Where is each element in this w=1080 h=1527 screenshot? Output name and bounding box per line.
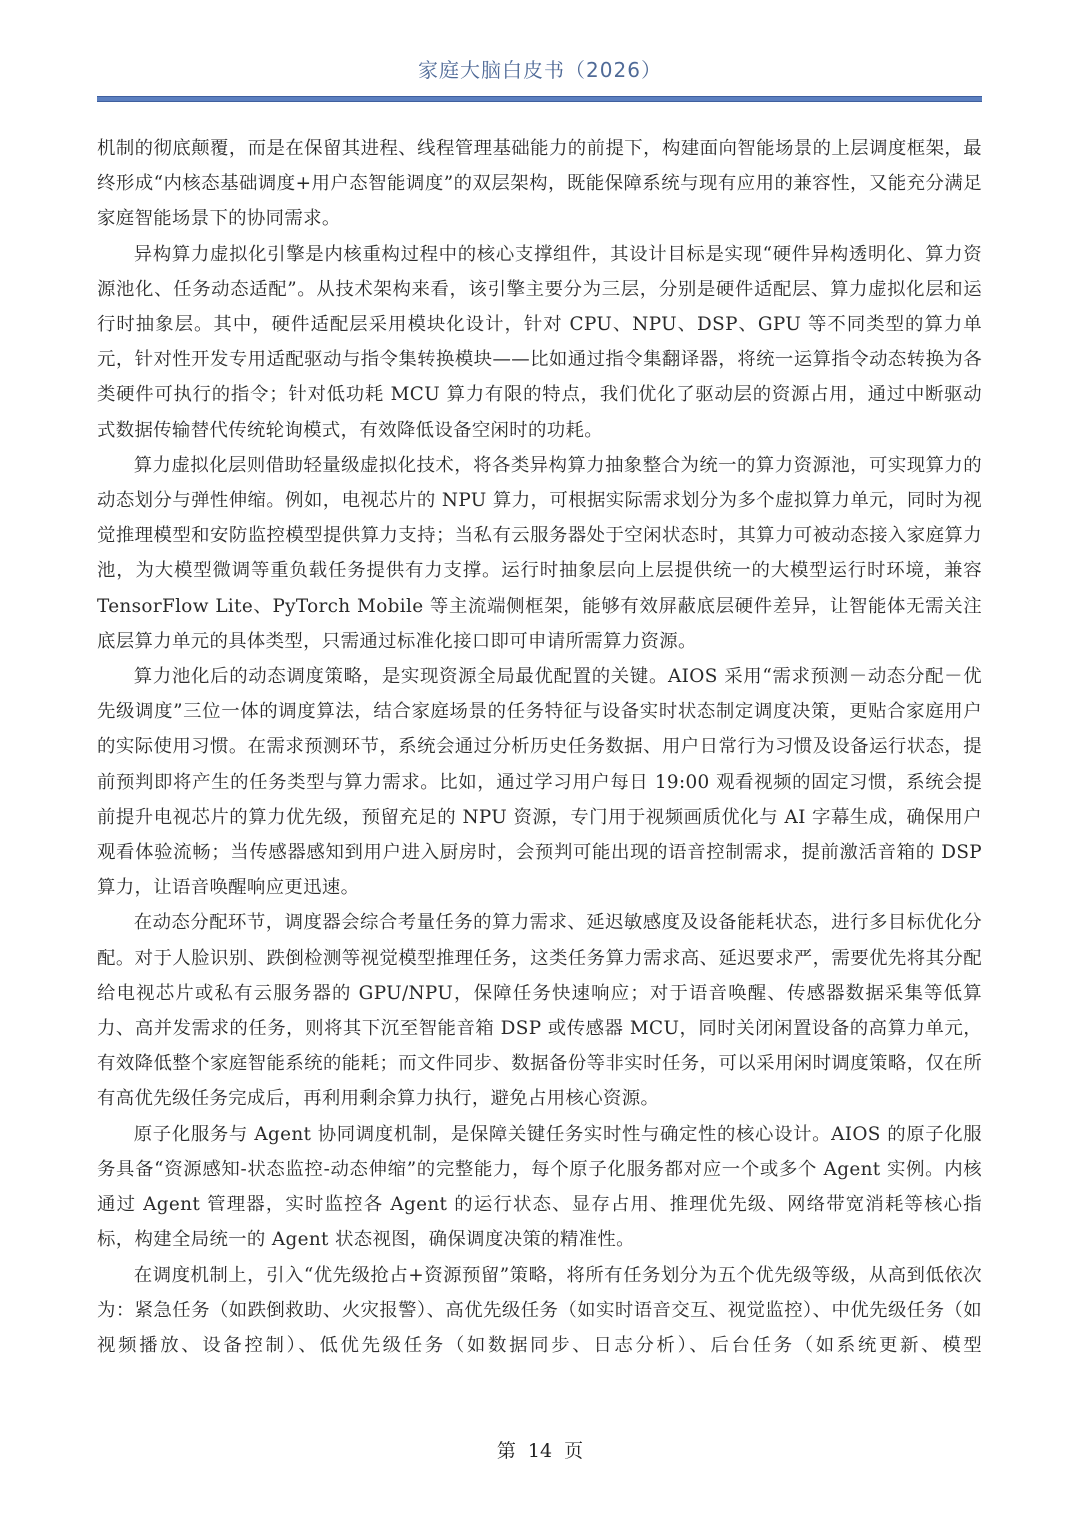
page-number: 第 14 页	[0, 1436, 1080, 1463]
paragraph-continued: 机制的彻底颠覆，而是在保留其进程、线程管理基础能力的前提下，构建面向智能场景的上…	[97, 131, 982, 237]
paragraph-continues: 在调度机制上，引入“优先级抢占+资源预留”策略，将所有任务划分为五个优先级等级，…	[97, 1258, 982, 1364]
paragraph: 异构算力虚拟化引擎是内核重构过程中的核心支撑组件，其设计目标是实现“硬件异构透明…	[97, 237, 982, 448]
paragraph: 算力虚拟化层则借助轻量级虚拟化技术，将各类异构算力抽象整合为统一的算力资源池，可…	[97, 448, 982, 659]
paragraph: 在动态分配环节，调度器会综合考量任务的算力需求、延迟敏感度及设备能耗状态，进行多…	[97, 905, 982, 1116]
document-header-title: 家庭大脑白皮书（2026）	[0, 54, 1080, 83]
header-divider	[97, 96, 982, 102]
paragraph: 原子化服务与 Agent 协同调度机制，是保障关键任务实时性与确定性的核心设计。…	[97, 1117, 982, 1258]
paragraph: 算力池化后的动态调度策略，是实现资源全局最优配置的关键。AIOS 采用“需求预测…	[97, 659, 982, 905]
document-body: 机制的彻底颠覆，而是在保留其进程、线程管理基础能力的前提下，构建面向智能场景的上…	[97, 131, 982, 1363]
